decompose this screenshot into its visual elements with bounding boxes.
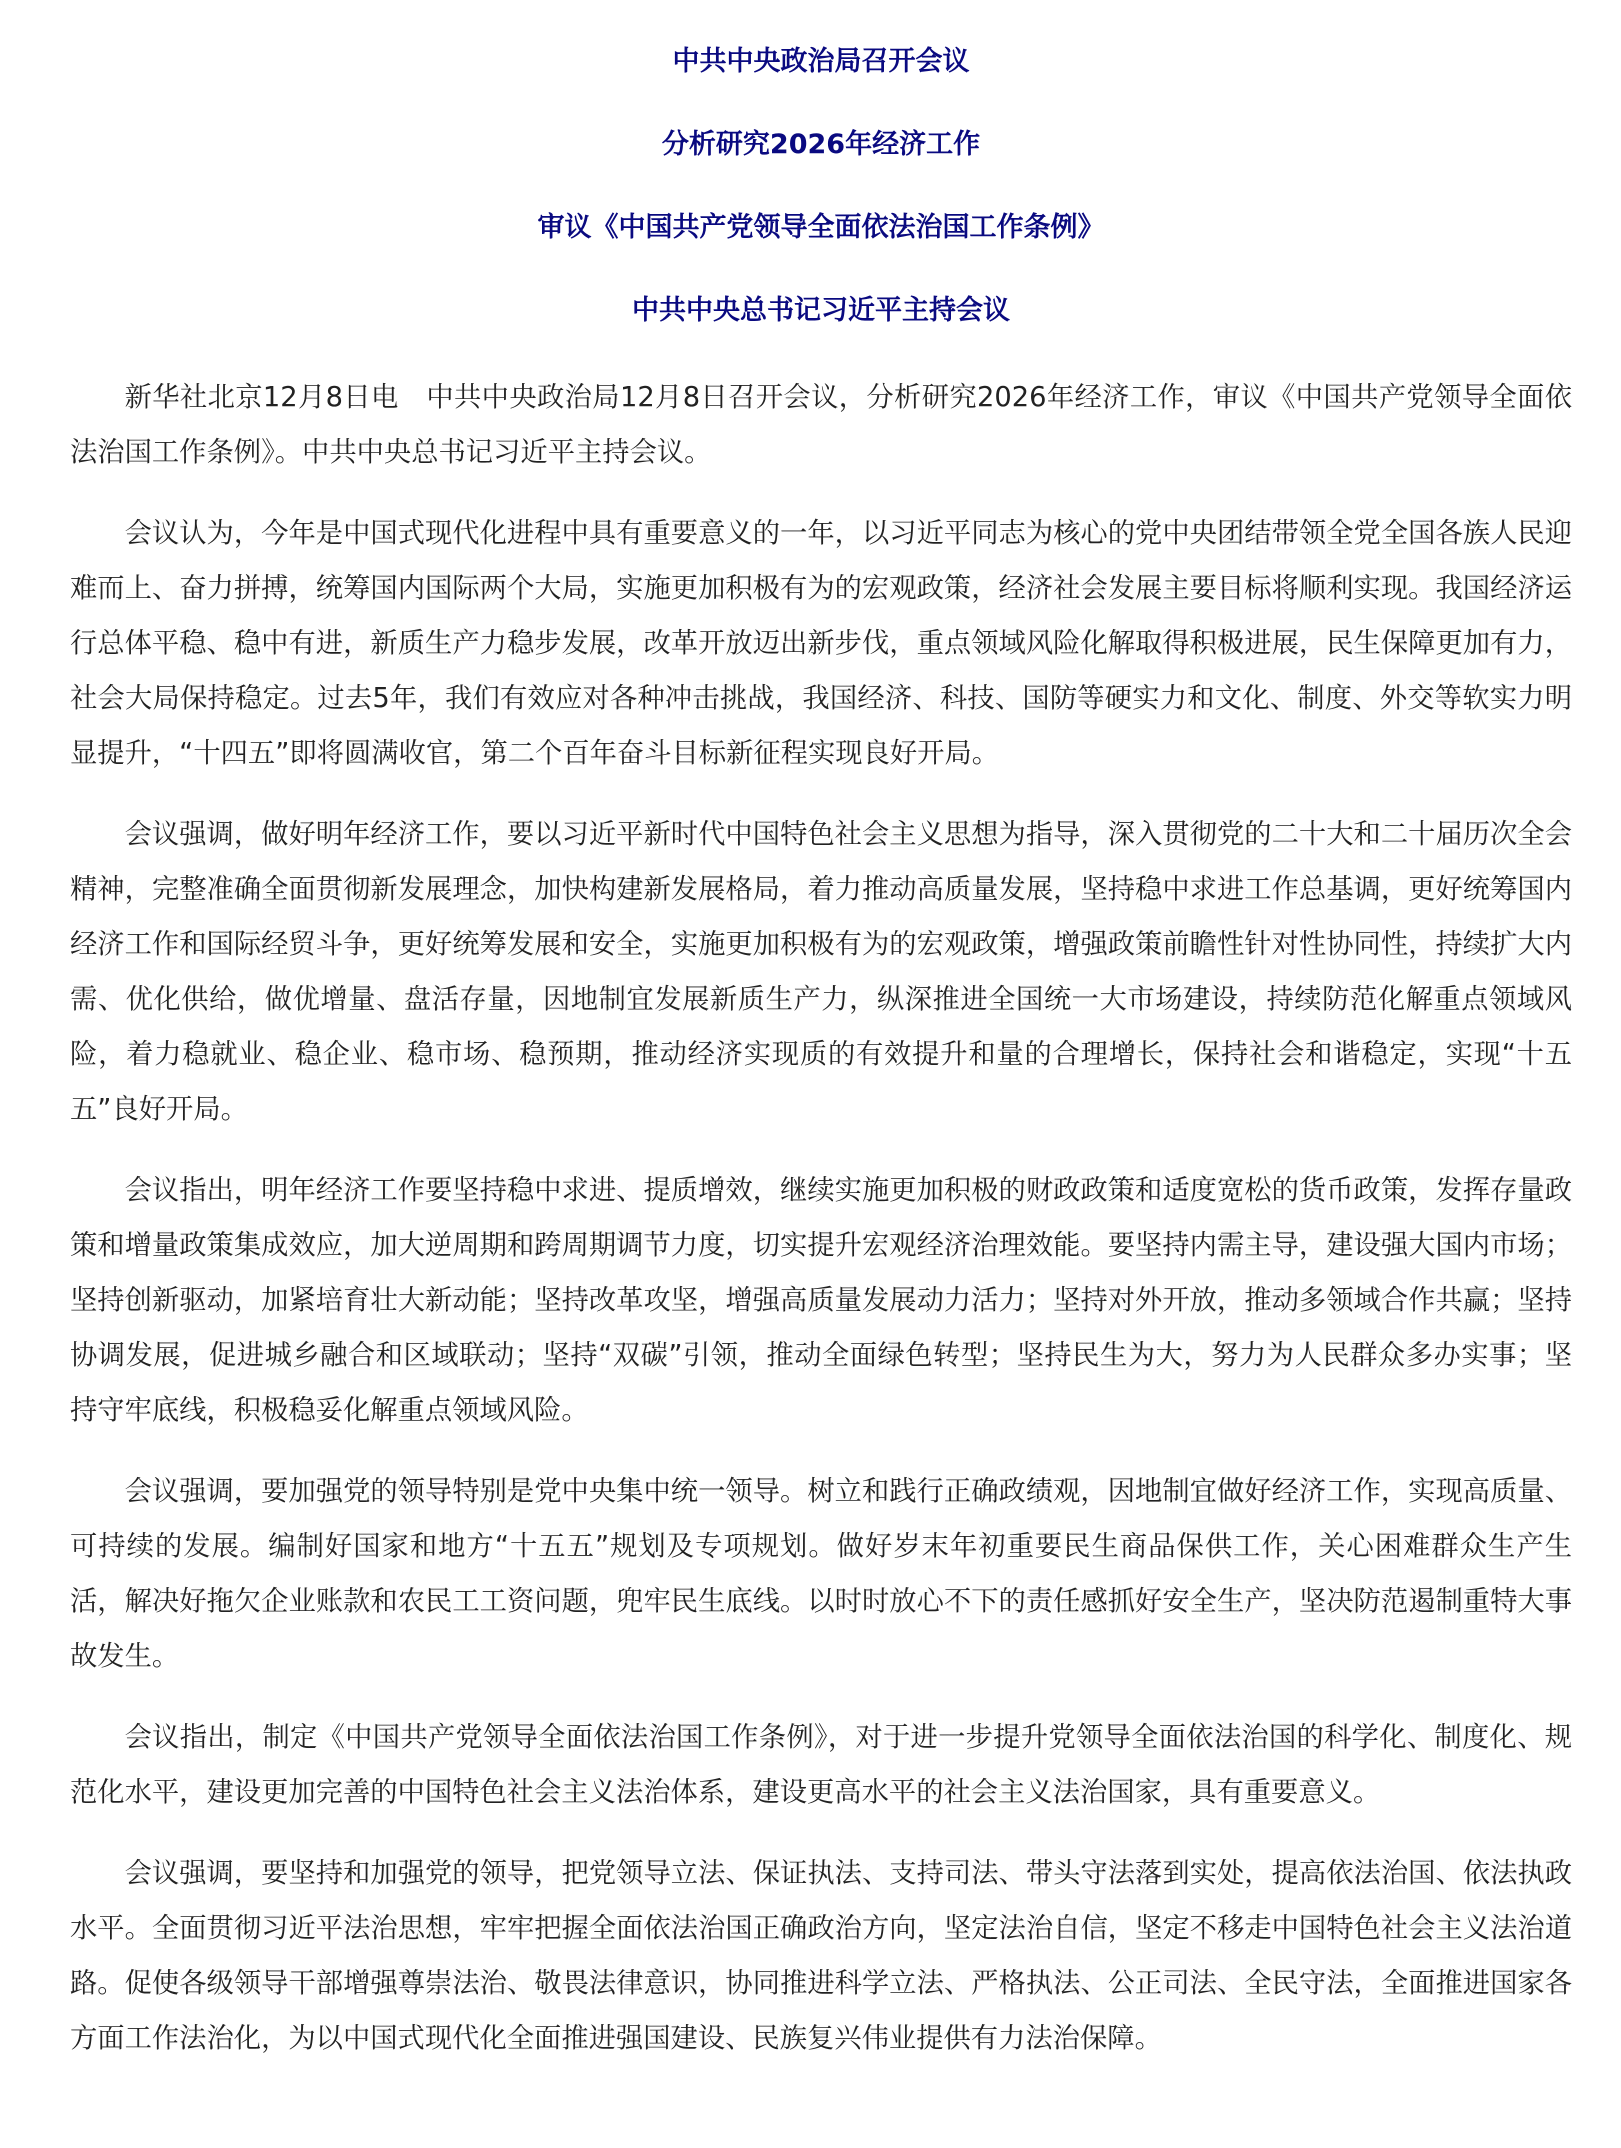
paragraph: 会议指出，制定《中国共产党领导全面依法治国工作条例》，对于进一步提升党领导全面依…	[70, 1710, 1572, 1820]
headline-sub-economy: 分析研究2026年经济工作	[70, 125, 1572, 165]
headline-main: 中共中央政治局召开会议	[70, 42, 1572, 82]
article-body: 新华社北京12月8日电 中共中央政治局12月8日召开会议，分析研究2026年经济…	[70, 370, 1572, 2092]
headline-sub-chair: 中共中央总书记习近平主持会议	[70, 291, 1572, 331]
paragraph: 会议强调，做好明年经济工作，要以习近平新时代中国特色社会主义思想为指导，深入贯彻…	[70, 807, 1572, 1137]
paragraph: 会议指出，明年经济工作要坚持稳中求进、提质增效，继续实施更加积极的财政政策和适度…	[70, 1163, 1572, 1438]
headline-block: 中共中央政治局召开会议 分析研究2026年经济工作 审议《中国共产党领导全面依法…	[70, 0, 1572, 331]
paragraph: 会议强调，要坚持和加强党的领导，把党领导立法、保证执法、支持司法、带头守法落到实…	[70, 1846, 1572, 2066]
paragraph-dateline: 新华社北京12月8日电 中共中央政治局12月8日召开会议，分析研究2026年经济…	[70, 370, 1572, 480]
headline-sub-regulation: 审议《中国共产党领导全面依法治国工作条例》	[70, 208, 1572, 248]
article: 中共中央政治局召开会议 分析研究2026年经济工作 审议《中国共产党领导全面依法…	[70, 0, 1572, 374]
paragraph: 会议认为，今年是中国式现代化进程中具有重要意义的一年，以习近平同志为核心的党中央…	[70, 506, 1572, 781]
paragraph: 会议强调，要加强党的领导特别是党中央集中统一领导。树立和践行正确政绩观，因地制宜…	[70, 1464, 1572, 1684]
